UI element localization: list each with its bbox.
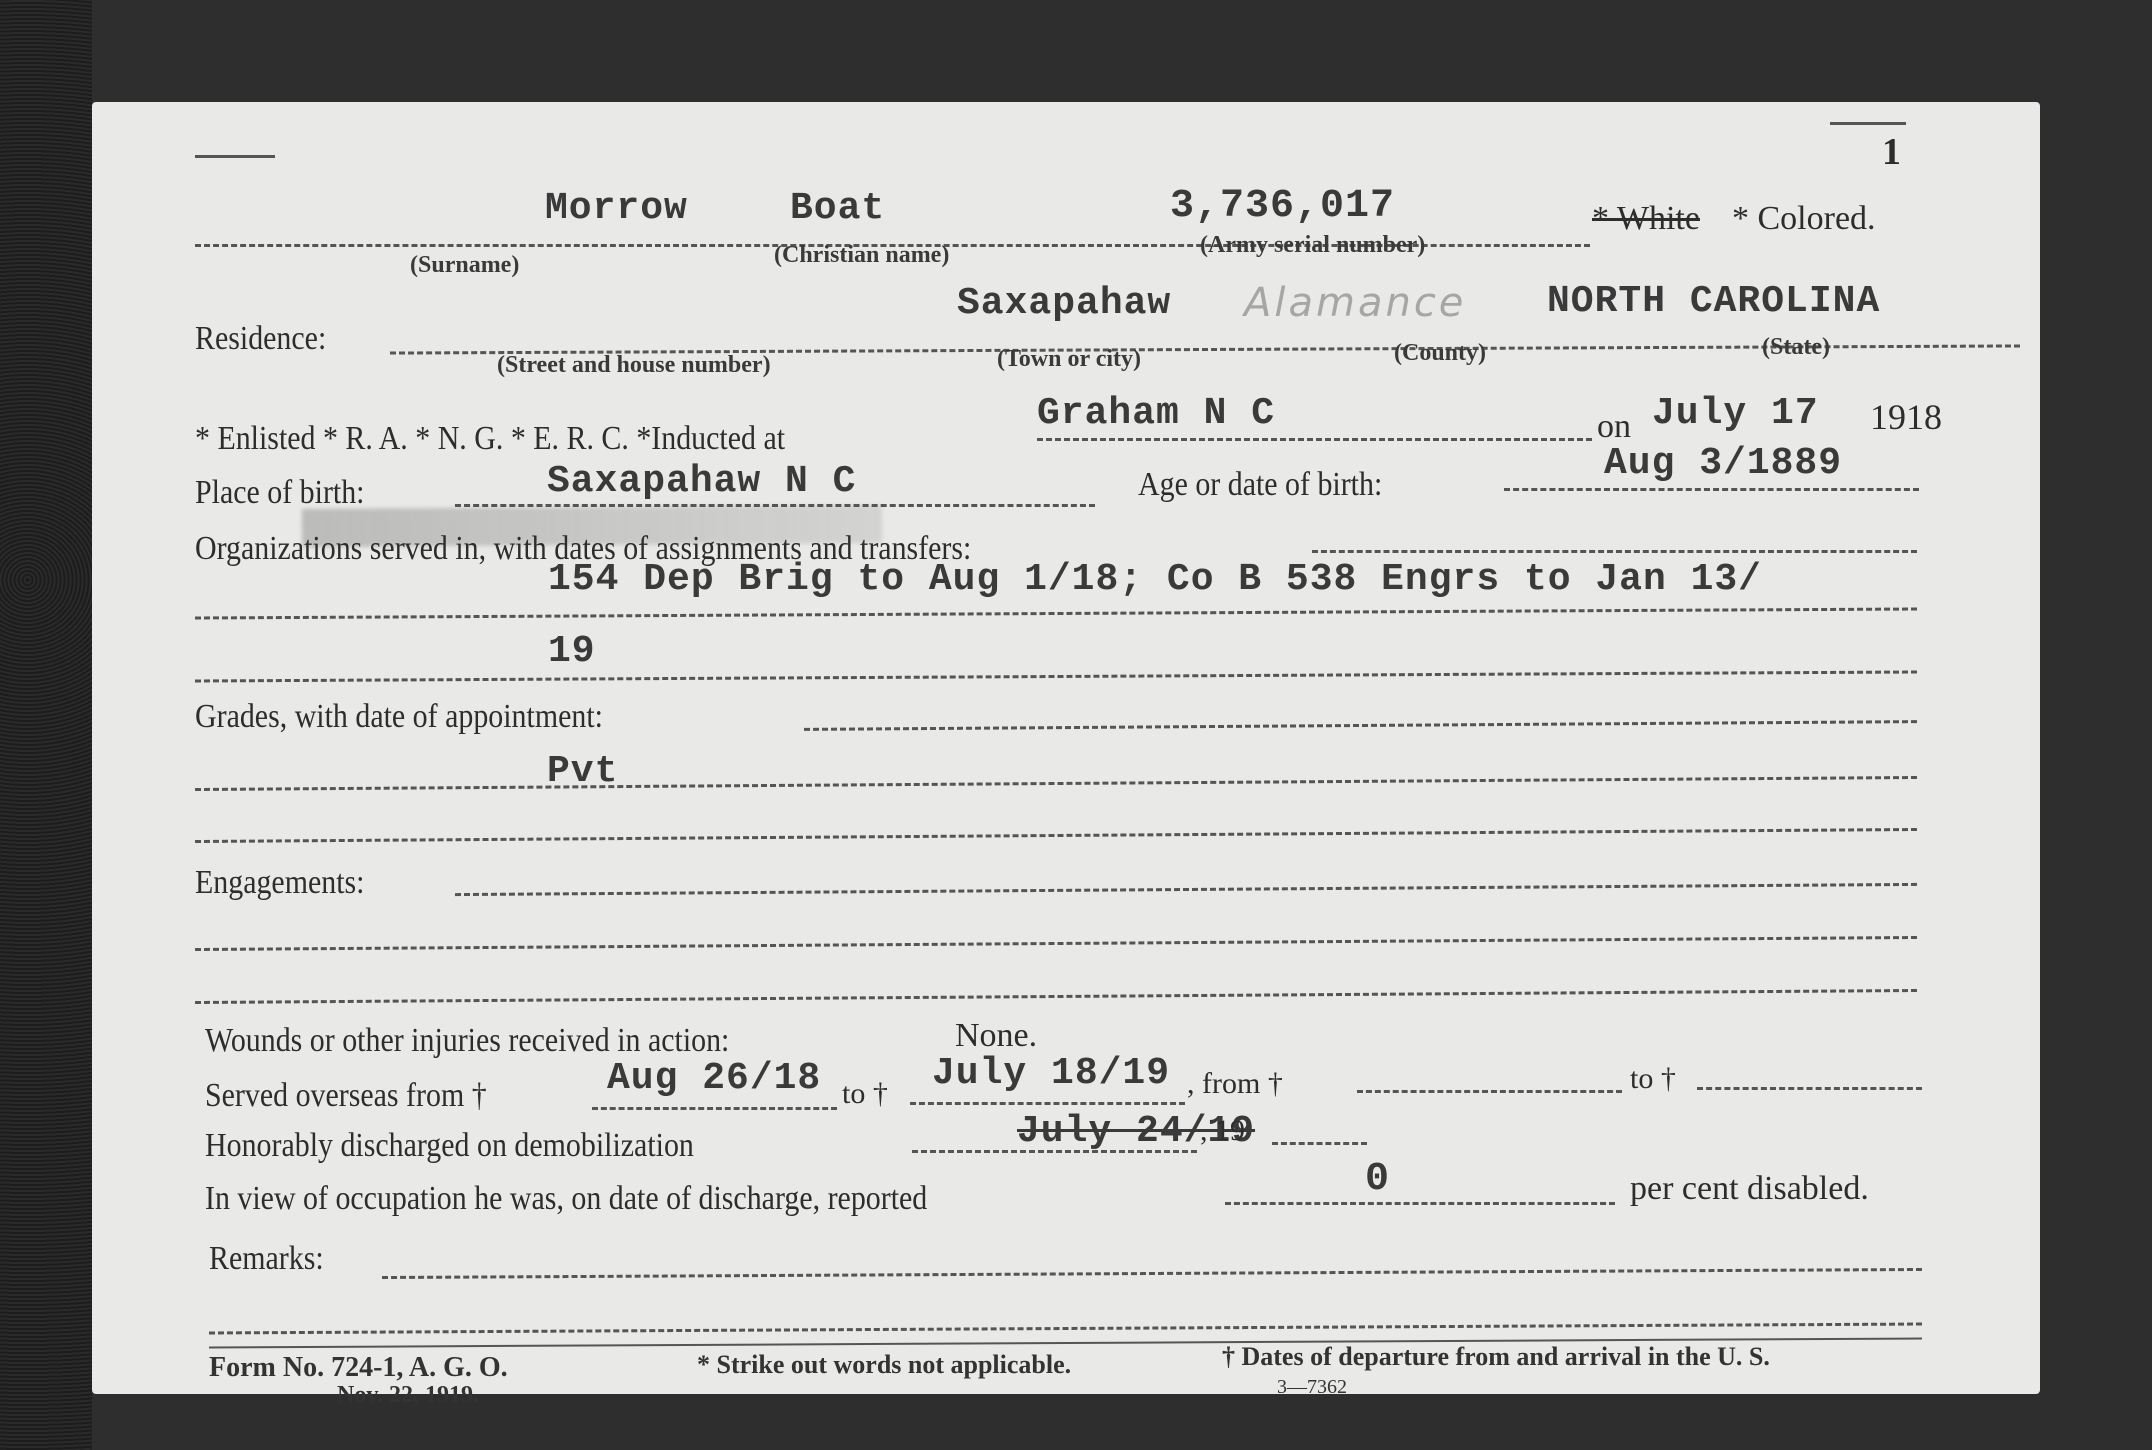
army-serial-number-value[interactable]: 3,736,017 bbox=[1170, 184, 1395, 229]
overseas-from-line bbox=[592, 1107, 837, 1110]
engagements-line-1 bbox=[195, 936, 1917, 951]
overseas-to-label: to † bbox=[842, 1077, 888, 1111]
engagements-label: Engagements: bbox=[195, 864, 365, 902]
organizations-line-2 bbox=[195, 670, 1917, 682]
town-caption: (Town or city) bbox=[997, 346, 1141, 373]
engagements-line-0 bbox=[455, 883, 1917, 896]
print-code: 3—7362 bbox=[1277, 1376, 1347, 1399]
top-left-dash bbox=[195, 155, 275, 158]
discharge-label: Honorably discharged on demobilization bbox=[205, 1127, 694, 1165]
engagements-line-2 bbox=[195, 989, 1917, 1004]
place-of-birth-label: Place of birth: bbox=[195, 474, 365, 512]
remarks-label: Remarks: bbox=[209, 1240, 324, 1278]
grades-label: Grades, with date of appointment: bbox=[195, 698, 603, 736]
page-number-overline bbox=[1830, 122, 1906, 125]
christian-name-value[interactable]: Boat bbox=[790, 187, 885, 230]
wounds-label: Wounds or other injuries received in act… bbox=[205, 1022, 729, 1060]
residence-label: Residence: bbox=[195, 320, 326, 358]
state-caption: (State) bbox=[1762, 334, 1830, 361]
form-date: Nov. 22, 1919. bbox=[337, 1382, 479, 1409]
induction-on-label: on bbox=[1597, 408, 1631, 446]
disability-line bbox=[1225, 1202, 1615, 1205]
overseas-to-value[interactable]: July 18/19 bbox=[932, 1052, 1170, 1095]
overseas-from2-label: , from † bbox=[1187, 1067, 1283, 1101]
surname-caption: (Surname) bbox=[410, 252, 519, 279]
race-option-colored: * Colored. bbox=[1732, 200, 1876, 238]
induction-year: 1918 bbox=[1870, 396, 1942, 438]
dates-note: † Dates of departure from and arrival in… bbox=[1222, 1342, 1770, 1372]
remarks-line-1 bbox=[209, 1323, 1922, 1335]
army-serial-caption: (Army serial number) bbox=[1200, 232, 1425, 259]
date-of-birth-line bbox=[1504, 488, 1919, 491]
surname-value[interactable]: Morrow bbox=[545, 187, 688, 230]
strike-note: * Strike out words not applicable. bbox=[697, 1350, 1071, 1380]
induction-date-value[interactable]: July 17 bbox=[1652, 392, 1819, 435]
overseas-to2-line bbox=[1697, 1087, 1922, 1090]
county-caption: (County) bbox=[1394, 340, 1486, 367]
draft-service-card: 1 Morrow Boat 3,736,017 * White * Colore… bbox=[92, 102, 2040, 1394]
discharge-year-line bbox=[1272, 1142, 1367, 1145]
organizations-line-0 bbox=[1312, 550, 1917, 553]
overseas-from2-line bbox=[1357, 1090, 1622, 1093]
overseas-from-value[interactable]: Aug 26/18 bbox=[607, 1057, 821, 1100]
date-of-birth-label: Age or date of birth: bbox=[1138, 466, 1382, 504]
scanner-background-strip bbox=[0, 0, 92, 1450]
organizations-value-line-1[interactable]: 154 Dep Brig to Aug 1/18; Co B 538 Engrs… bbox=[548, 558, 1762, 601]
grades-line-1 bbox=[195, 776, 1917, 791]
residence-county-value[interactable]: Alamance bbox=[1244, 280, 1466, 326]
induction-place-line bbox=[1037, 438, 1592, 441]
place-of-birth-value[interactable]: Saxapahaw N C bbox=[547, 460, 856, 503]
discharge-year-label: , 19 bbox=[1200, 1114, 1245, 1148]
residence-town-value[interactable]: Saxapahaw bbox=[957, 282, 1171, 325]
grades-line-0 bbox=[804, 720, 1917, 731]
grades-line-2 bbox=[195, 828, 1917, 843]
form-number: Form No. 724-1, A. G. O. bbox=[209, 1352, 508, 1384]
disability-label: In view of occupation he was, on date of… bbox=[205, 1180, 927, 1218]
overseas-to2-label: to † bbox=[1630, 1062, 1676, 1096]
organizations-line-1 bbox=[195, 607, 1917, 619]
disability-suffix: per cent disabled. bbox=[1630, 1170, 1869, 1208]
race-white-label: * White bbox=[1592, 200, 1700, 237]
date-of-birth-value[interactable]: Aug 3/1889 bbox=[1604, 442, 1842, 485]
christian-name-caption: (Christian name) bbox=[774, 242, 949, 269]
disability-value[interactable]: 0 bbox=[1365, 1157, 1390, 1202]
residence-state-value[interactable]: NORTH CAROLINA bbox=[1547, 280, 1880, 323]
place-of-birth-line bbox=[455, 504, 1095, 507]
overseas-label: Served overseas from † bbox=[205, 1077, 487, 1115]
wounds-value: None. bbox=[955, 1017, 1037, 1055]
induction-place-value[interactable]: Graham N C bbox=[1037, 392, 1275, 435]
street-caption: (Street and house number) bbox=[497, 352, 771, 379]
remarks-line-0 bbox=[382, 1268, 1922, 1279]
race-option-white: * White bbox=[1592, 200, 1700, 238]
organizations-value-line-2[interactable]: 19 bbox=[548, 630, 596, 673]
induction-label: * Enlisted * R. A. * N. G. * E. R. C. *I… bbox=[195, 420, 785, 458]
page-number: 1 bbox=[1882, 130, 1901, 174]
overseas-to-line bbox=[910, 1102, 1185, 1105]
